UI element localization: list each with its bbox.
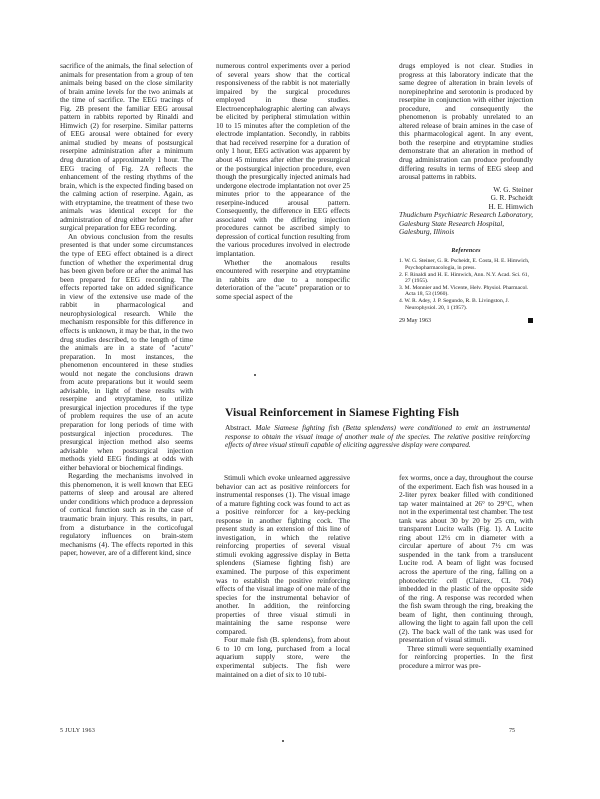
article1-column-1: sacrifice of the animals, the final sele…: [60, 62, 193, 558]
reference-item: 2. F. Rinaldi and H. E. Himwich, Ann. N.…: [399, 272, 533, 285]
reference-item: 4. W. R. Adey, J. P. Segundo, R. B. Livi…: [399, 298, 533, 311]
received-date: 29 May 1963: [399, 317, 431, 326]
paragraph: Four male fish (B. splendens), from abou…: [216, 636, 350, 679]
journal-page: sacrifice of the animals, the final sele…: [0, 0, 600, 799]
paragraph: drugs employed is not clear. Studies in …: [399, 62, 533, 182]
article1-column-2: numerous control experiments over a peri…: [216, 62, 350, 301]
end-of-article-mark-icon: [528, 318, 533, 323]
references-heading: References: [399, 247, 533, 256]
abstract-text: Male Siamese fighting fish (Betta splend…: [225, 423, 530, 449]
references-list: 1. W. G. Steiner, G. R. Pscheidt, E. Cos…: [399, 258, 533, 311]
reference-item: 1. W. G. Steiner, G. R. Pscheidt, E. Cos…: [399, 258, 533, 271]
scan-speck: [282, 740, 284, 742]
paragraph: Whether the anomalous results encountere…: [216, 259, 350, 302]
paragraph: sacrifice of the animals, the final sele…: [60, 62, 193, 233]
received-line: 29 May 1963: [399, 317, 533, 326]
paragraph: fex worms, once a day, throughout the co…: [399, 474, 533, 645]
author-affiliation: Thudichum Psychiatric Research Laborator…: [399, 211, 533, 237]
paragraph: Regarding the mechanisms involved in thi…: [60, 472, 193, 557]
scan-speck: [254, 374, 256, 376]
article2-abstract: Abstract. Male Siamese fighting fish (Be…: [225, 424, 530, 450]
paragraph: Stimuli which evoke unlearned aggressive…: [216, 474, 350, 636]
article2-column-2: Stimuli which evoke unlearned aggressive…: [216, 474, 350, 679]
author-list: W. G. Steiner G. R. Pscheidt H. E. Himwi…: [399, 186, 533, 212]
issue-date: 5 JULY 1963: [60, 728, 95, 734]
reference-item: 3. M. Monnier and M. Vicente, Helv. Phys…: [399, 285, 533, 298]
article2-column-3: fex worms, once a day, throughout the co…: [399, 474, 533, 671]
paragraph: Three stimuli were sequentially examined…: [399, 645, 533, 671]
article1-column-3: drugs employed is not clear. Studies in …: [399, 62, 533, 326]
paragraph: numerous control experiments over a peri…: [216, 62, 350, 259]
article2-title: Visual Reinforcement in Siamese Fighting…: [225, 407, 459, 419]
page-number: 75: [509, 728, 515, 734]
paragraph: An obvious conclusion from the results p…: [60, 233, 193, 472]
